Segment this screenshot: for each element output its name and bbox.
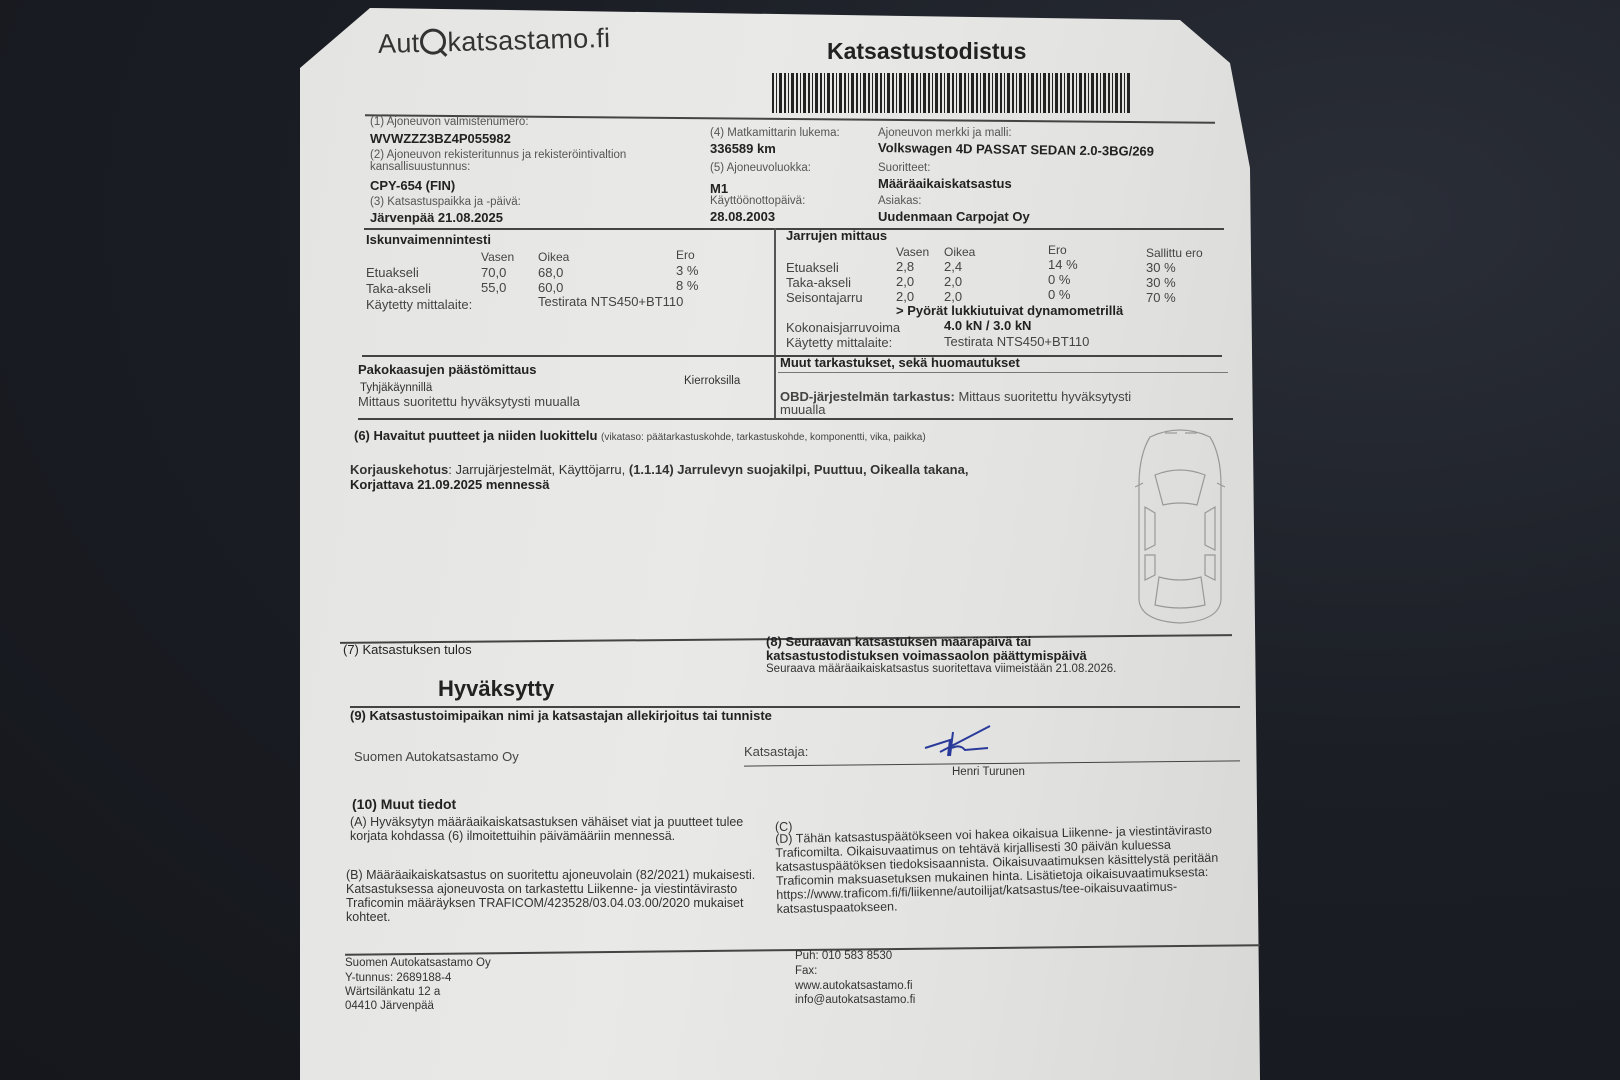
next-inspection-text: Seuraava määräaikaiskatsastus suoritetta… [766, 663, 1116, 675]
vin-value: WVWZZZ3BZ4P055982 [370, 131, 511, 146]
performed-value: Määräaikaiskatsastus [878, 176, 1012, 191]
brake-col-diff: Ero [1048, 243, 1067, 257]
defect-item: Korjauskehotus: Jarrujärjestelmät, Käytt… [350, 462, 968, 477]
next-inspection-label-2: katsastustodistuksen voimassaolon päätty… [766, 648, 1087, 663]
shock-col-left: Vasen [481, 250, 514, 264]
brake-col-allowed: Sallittu ero [1146, 246, 1203, 260]
emissions-result: Mittaus suoritettu hyväksytysti muualla [358, 394, 580, 409]
footer-fax: Fax: [795, 965, 817, 977]
footer-street: Wärtsilänkatu 12 a [345, 986, 440, 998]
inspector-label: Katsastaja: [744, 744, 808, 759]
inspection-certificate: Autkatsastamo.fi Katsastustodistus (1) A… [0, 0, 1620, 1080]
shock-row-right: 60,0 [538, 280, 563, 295]
brake-col-left: Vasen [896, 245, 929, 259]
first-use-label: Käyttöönottopäivä: [710, 195, 805, 207]
brake-row-diff: 0 % [1048, 272, 1070, 287]
footer-email: info@autokatsastamo.fi [795, 994, 915, 1006]
shock-row-left: 70,0 [481, 265, 506, 280]
result-label: (7) Katsastuksen tulos [343, 642, 472, 657]
brake-col-right: Oikea [944, 245, 975, 259]
brake-row-left: 2,0 [896, 289, 914, 304]
other-info-title: (10) Muut tiedot [352, 796, 456, 812]
performed-label: Suoritteet: [878, 162, 930, 174]
signature-section-label: (9) Katsastustoimipaikan nimi ja katsast… [350, 708, 772, 723]
emissions-idle-label: Tyhjäkäynnillä [360, 382, 432, 394]
shock-device-value: Testirata NTS450+BT110 [538, 294, 683, 309]
defect-item-detail: (1.1.14) Jarrulevyn suojakilpi, Puuttuu,… [629, 462, 969, 477]
footer-website: www.autokatsastamo.fi [795, 980, 913, 992]
divider [358, 418, 1233, 420]
footer-phone: Puh: 010 583 8530 [795, 950, 892, 962]
place-value: Järvenpää 21.08.2025 [370, 210, 503, 225]
obd-value-2: muualla [780, 402, 826, 417]
brake-row-name: Etuakseli [786, 260, 839, 275]
shock-col-right: Oikea [538, 250, 569, 264]
column-divider [774, 228, 776, 418]
brake-device-label: Käytetty mittalaite: [786, 335, 892, 350]
brake-row-allowed: 30 % [1146, 260, 1176, 275]
brake-row-right: 2,0 [944, 289, 962, 304]
other-checks-title: Muut tarkastukset, sekä huomautukset [780, 355, 1020, 370]
shock-row-diff: 8 % [676, 278, 698, 293]
divider [778, 372, 1228, 373]
obd-check: OBD-järjestelmän tarkastus: Mittaus suor… [780, 389, 1131, 404]
reg-label: (2) Ajoneuvon rekisteritunnus ja rekiste… [370, 149, 626, 161]
shock-row-name: Taka-akseli [366, 281, 431, 296]
shock-row-left: 55,0 [481, 280, 506, 295]
reg-label-2: kansallisuustunnus: [370, 161, 470, 173]
make-label: Ajoneuvon merkki ja malli: [878, 127, 1012, 139]
first-use-value: 28.08.2003 [710, 209, 775, 224]
station-name: Suomen Autokatsastamo Oy [354, 749, 519, 764]
car-diagram-icon [1135, 425, 1225, 625]
odometer-label: (4) Matkamittarin lukema: [710, 127, 840, 139]
brake-row-right: 2,0 [944, 274, 962, 289]
emissions-rpm-label: Kierroksilla [684, 375, 740, 387]
other-info-d: (D) Tähän katsastuspäätökseen voi hakea … [775, 822, 1237, 916]
shock-row-right: 68,0 [538, 265, 563, 280]
shock-device-label: Käytetty mittalaite: [366, 297, 472, 312]
shock-row-diff: 3 % [676, 263, 698, 278]
shock-col-diff: Ero [676, 248, 695, 262]
brake-row-left: 2,8 [896, 259, 914, 274]
company-logo: Autkatsastamo.fi [378, 21, 611, 60]
defect-deadline: Korjattava 21.09.2025 mennessä [350, 477, 549, 492]
brake-device-value: Testirata NTS450+BT110 [944, 334, 1089, 349]
brake-row-right: 2,4 [944, 259, 962, 274]
other-info-b: (B) Määräaikaiskatsastus on suoritettu a… [346, 868, 756, 924]
magnifier-car-icon [420, 28, 447, 55]
footer-city: 04410 Järvenpää [345, 1000, 434, 1012]
signature-icon [920, 722, 1000, 762]
brake-total-value: 4.0 kN / 3.0 kN [944, 318, 1031, 333]
defects-title-text: (6) Havaitut puutteet ja niiden luokitte… [354, 428, 597, 443]
brake-row-name: Taka-akseli [786, 275, 851, 290]
logo-text-end: katsastamo.fi [447, 23, 611, 57]
defect-item-label: Korjauskehotus [350, 462, 448, 477]
odometer-value: 336589 km [710, 141, 776, 156]
brake-note: > Pyörät lukkiutuivat dynamometrillä [896, 303, 1123, 318]
defect-item-text: : Jarrujärjestelmät, Käyttöjarru, [448, 462, 629, 477]
obd-value: Mittaus suoritettu hyväksytysti [958, 389, 1131, 404]
customer-value: Uudenmaan Carpojat Oy [878, 209, 1030, 224]
brake-test-title: Jarrujen mittaus [786, 228, 887, 243]
logo-text-start: Aut [378, 28, 420, 59]
brake-row-name: Seisontajarru [786, 290, 863, 305]
defects-subtitle: (vikataso: päätarkastuskohde, tarkastusk… [601, 432, 926, 443]
brake-row-diff: 0 % [1048, 287, 1070, 302]
brake-row-left: 2,0 [896, 274, 914, 289]
customer-label: Asiakas: [878, 195, 921, 207]
brake-row-allowed: 30 % [1146, 275, 1176, 290]
place-label: (3) Katsastuspaikka ja -päivä: [370, 196, 521, 208]
result-value: Hyväksytty [438, 676, 554, 702]
barcode [772, 73, 1132, 113]
footer-business-id: Y-tunnus: 2689188-4 [345, 972, 451, 984]
defects-title: (6) Havaitut puutteet ja niiden luokitte… [354, 428, 926, 443]
class-label: (5) Ajoneuvoluokka: [710, 162, 811, 174]
brake-total-label: Kokonaisjarruvoima [786, 320, 900, 335]
other-info-a: (A) Hyväksytyn määräaikaiskatsastuksen v… [350, 815, 750, 843]
footer-company: Suomen Autokatsastamo Oy [345, 957, 491, 969]
reg-value: CPY-654 (FIN) [370, 178, 455, 193]
document-title: Katsastustodistus [827, 38, 1026, 65]
class-value: M1 [710, 181, 728, 196]
emissions-title: Pakokaasujen päästömittaus [358, 362, 536, 377]
inspector-name: Henri Turunen [952, 766, 1025, 778]
brake-row-diff: 14 % [1048, 257, 1078, 272]
shock-row-name: Etuakseli [366, 265, 419, 280]
next-inspection-label: (8) Seuraavan katsastuksen määräpäivä ta… [766, 634, 1031, 649]
shock-test-title: Iskunvaimennintesti [366, 232, 491, 247]
brake-row-allowed: 70 % [1146, 290, 1176, 305]
vin-label: (1) Ajoneuvon valmistenumero: [370, 116, 529, 128]
